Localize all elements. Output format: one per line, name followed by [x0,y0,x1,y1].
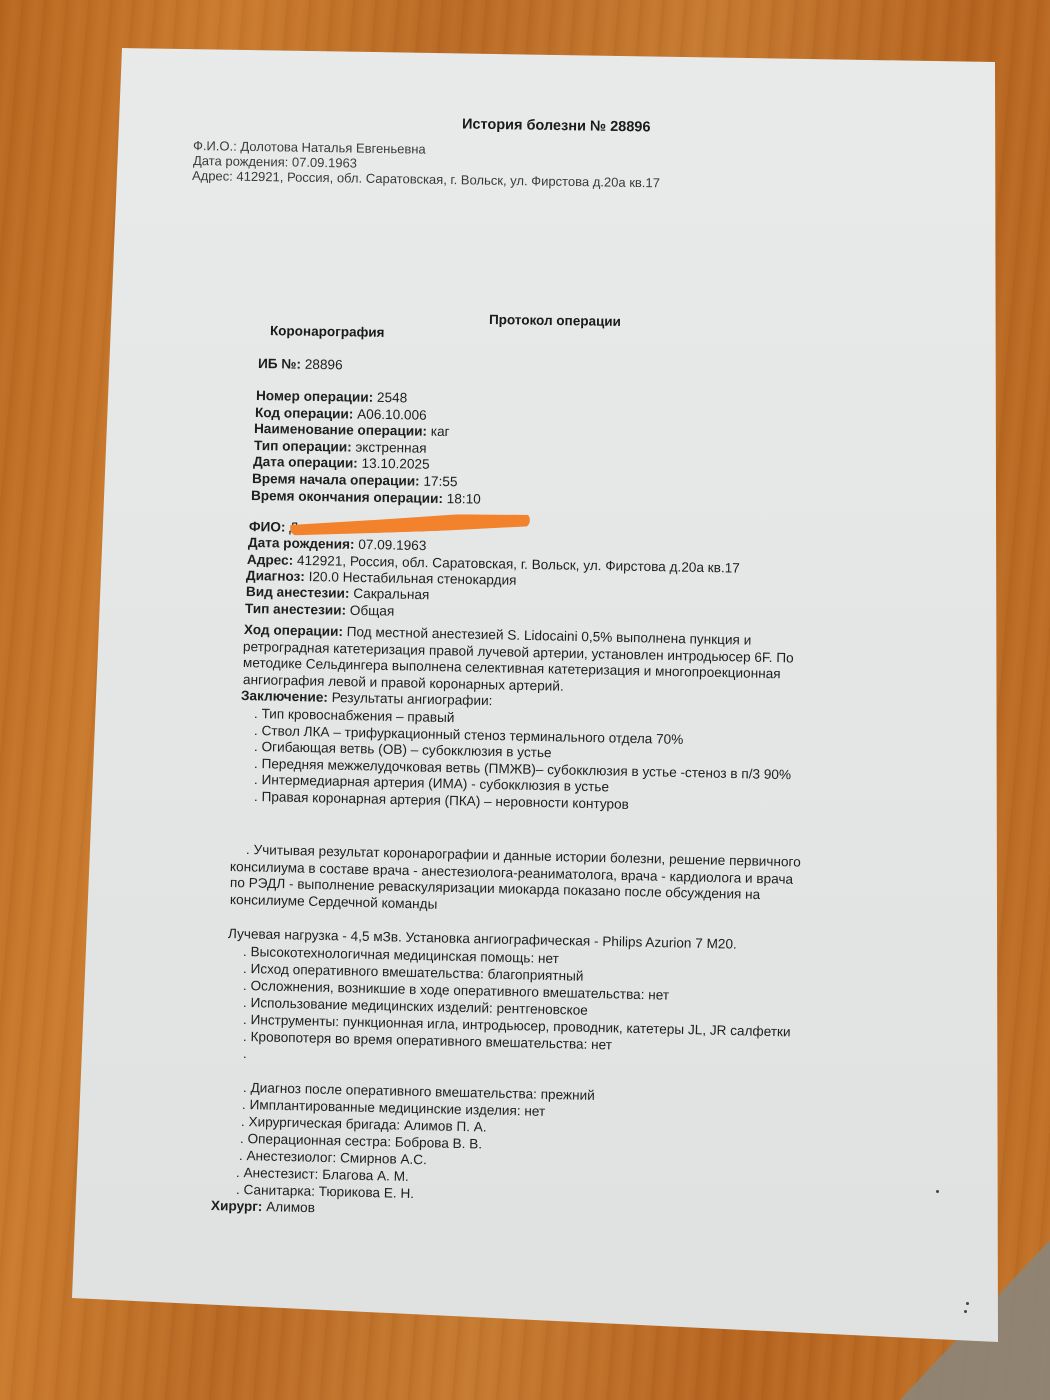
protocol-title: Протокол операции [489,312,621,330]
field-label: Дата операции: [253,454,358,471]
field-value: . Тип кровоснабжения – правый [254,706,455,725]
field-label: Номер операции: [256,388,373,405]
field-value: Общая [346,602,395,618]
field-value: 18:10 [443,491,481,507]
field-label: Дата рождения: [248,535,355,552]
field-label: ФИО: [249,519,286,535]
field-label: Код операции: [255,405,354,422]
protocol-subtitle: Коронарография [270,323,385,341]
speck [964,1310,967,1313]
field-value: 07.09.1963 [354,537,426,553]
field-value: Сакральная [349,586,429,602]
field-value: каг [427,424,450,439]
speck [936,1190,939,1193]
field-label: Время окончания операции: [251,488,443,506]
field-label: Время начала операции: [252,471,420,489]
field-label: Диагноз: [246,568,305,584]
field-label: Тип операции: [254,438,352,455]
field-value: . Анестезист: Благова А. М. [236,1165,409,1184]
header-address: Адрес: 412921, Россия, обл. Саратовская,… [192,168,660,192]
surgeon-line: Хирург: Алимов [211,1198,315,1217]
field-label: Заключение: [241,688,328,705]
document: История болезни № 28896 Ф.И.О.: Долотова… [0,0,1050,1400]
field-label: Наименование операции: [254,421,427,439]
field-value: 17:55 [420,474,458,490]
field-label: Адрес: [247,552,293,568]
field-value: экстренная [352,439,427,455]
field-label: Вид анестезии: [246,584,350,601]
operation-field: Номер операции: 2548 [256,388,407,407]
ib-number: ИБ №: 28896 [258,356,343,374]
speck [966,1302,969,1305]
operation-field: Время окончания операции: 18:10 [251,488,481,508]
history-title: История болезни № 28896 [462,117,651,136]
patient-field: Тип анестезии: Общая [245,601,395,620]
field-value: A06.10.006 [353,406,427,422]
field-value: . Анестезиолог: Смирнов А.С. [239,1148,427,1167]
redaction-mark [290,512,530,536]
field-label: Тип анестезии: [245,601,346,618]
detail-item: . [243,1046,247,1062]
field-value: . [243,1046,247,1061]
field-value: 13.10.2025 [358,456,430,472]
field-value: 2548 [373,390,407,406]
field-value: Результаты ангиографии: [328,690,493,708]
field-label: Ход операции: [244,622,343,639]
